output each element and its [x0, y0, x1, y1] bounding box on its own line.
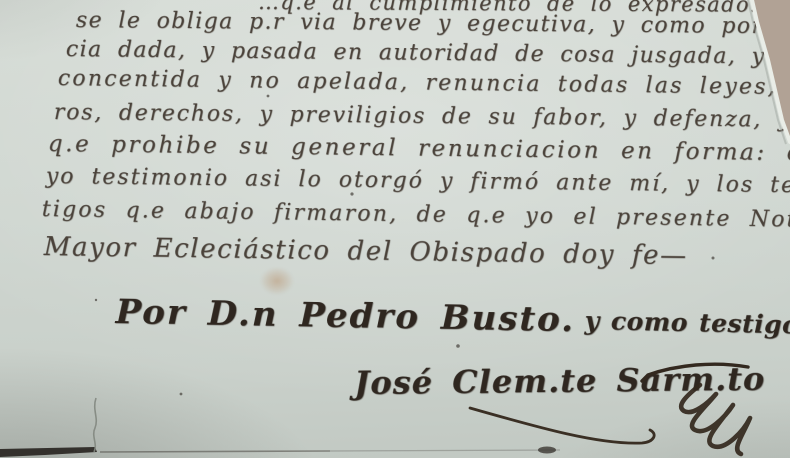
manuscript-line: tigos q.e abajo firmaron, de q.e yo el p… [42, 197, 790, 233]
signature-jose-clemente-sarmiento: José Clem.te Sarm.to [354, 360, 765, 402]
manuscript-line: cia dada, y pasada en autoridad de cosa … [66, 37, 790, 70]
manuscript-line: yo testimonio asi lo otorgó y firmó ante… [46, 164, 790, 198]
bottom-edge-shadow [0, 447, 97, 457]
manuscript-line: se le obliga p.r via breve y egecutiva, … [76, 8, 790, 40]
manuscript-line: q.e prohibe su general renunciacion en f… [48, 131, 790, 167]
manuscript-line: Mayor Ecleciástico del Obispado doy fe— [44, 232, 688, 271]
stain-mark [260, 267, 294, 295]
signature-por-pedro-busto: Por D.n Pedro Busto. [115, 292, 575, 340]
manuscript-photo: …q.e al cumplimiento de lo expresado. se… [0, 0, 790, 458]
witness-note: y como testigo [584, 306, 790, 339]
ink-blot [538, 447, 556, 454]
manuscript-line: concentida y no apelada, renuncia todas … [58, 66, 790, 101]
manuscript-line: ros, derechos, y previligios de su fabor… [54, 100, 790, 133]
paper-crack [94, 398, 97, 452]
